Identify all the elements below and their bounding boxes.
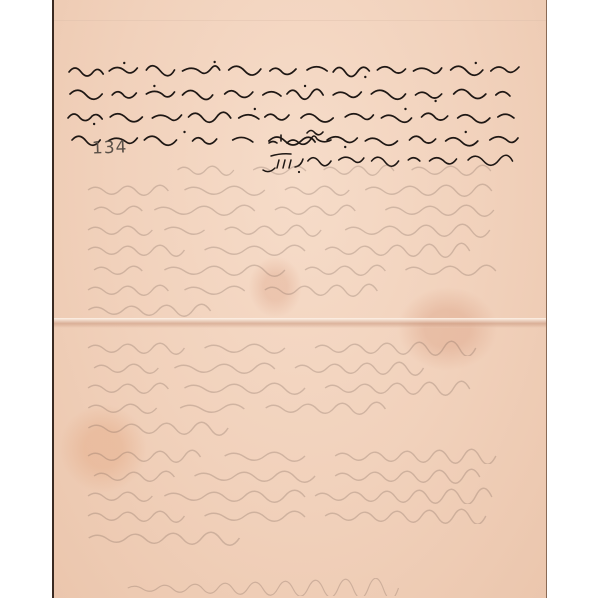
bleed-line [84, 260, 526, 278]
ink-stroke-icon [64, 105, 526, 127]
handwritten-line-1: Handwritten line 1 (Ottoman Turkish) [64, 58, 526, 80]
paper-fold [54, 318, 546, 328]
bleed-line [84, 446, 526, 464]
bleed-line [84, 220, 526, 238]
bleed-line [84, 378, 526, 396]
bleed-line [84, 398, 426, 416]
bleed-line [84, 528, 296, 546]
bleed-line [84, 486, 526, 504]
handwritten-line-2: Handwritten line 2 (Ottoman Turkish) [64, 82, 526, 104]
folio-number: 134 [92, 137, 128, 158]
bleed-line [84, 300, 346, 318]
paper-crease [54, 20, 546, 21]
bleed-line [84, 506, 526, 524]
date-notation: Handwritten date notation [267, 127, 342, 149]
bleed-line [84, 280, 526, 298]
handwritten-line-3: Handwritten line 3 (Ottoman Turkish) [64, 105, 526, 127]
bleed-line [84, 418, 346, 436]
bleed-line [174, 160, 526, 178]
bleed-line [84, 200, 526, 218]
bleed-line [84, 338, 526, 356]
ink-stroke-icon [64, 58, 526, 80]
bleed-line [84, 466, 526, 484]
bleed-line [84, 358, 526, 376]
bleed-line [84, 180, 526, 198]
document-paper: Handwritten line 1 (Ottoman Turkish) Han… [52, 0, 547, 598]
date-flourish-icon [267, 127, 342, 149]
bleed-line [124, 578, 406, 596]
ink-stroke-icon [64, 82, 526, 104]
bleed-line [84, 240, 526, 258]
